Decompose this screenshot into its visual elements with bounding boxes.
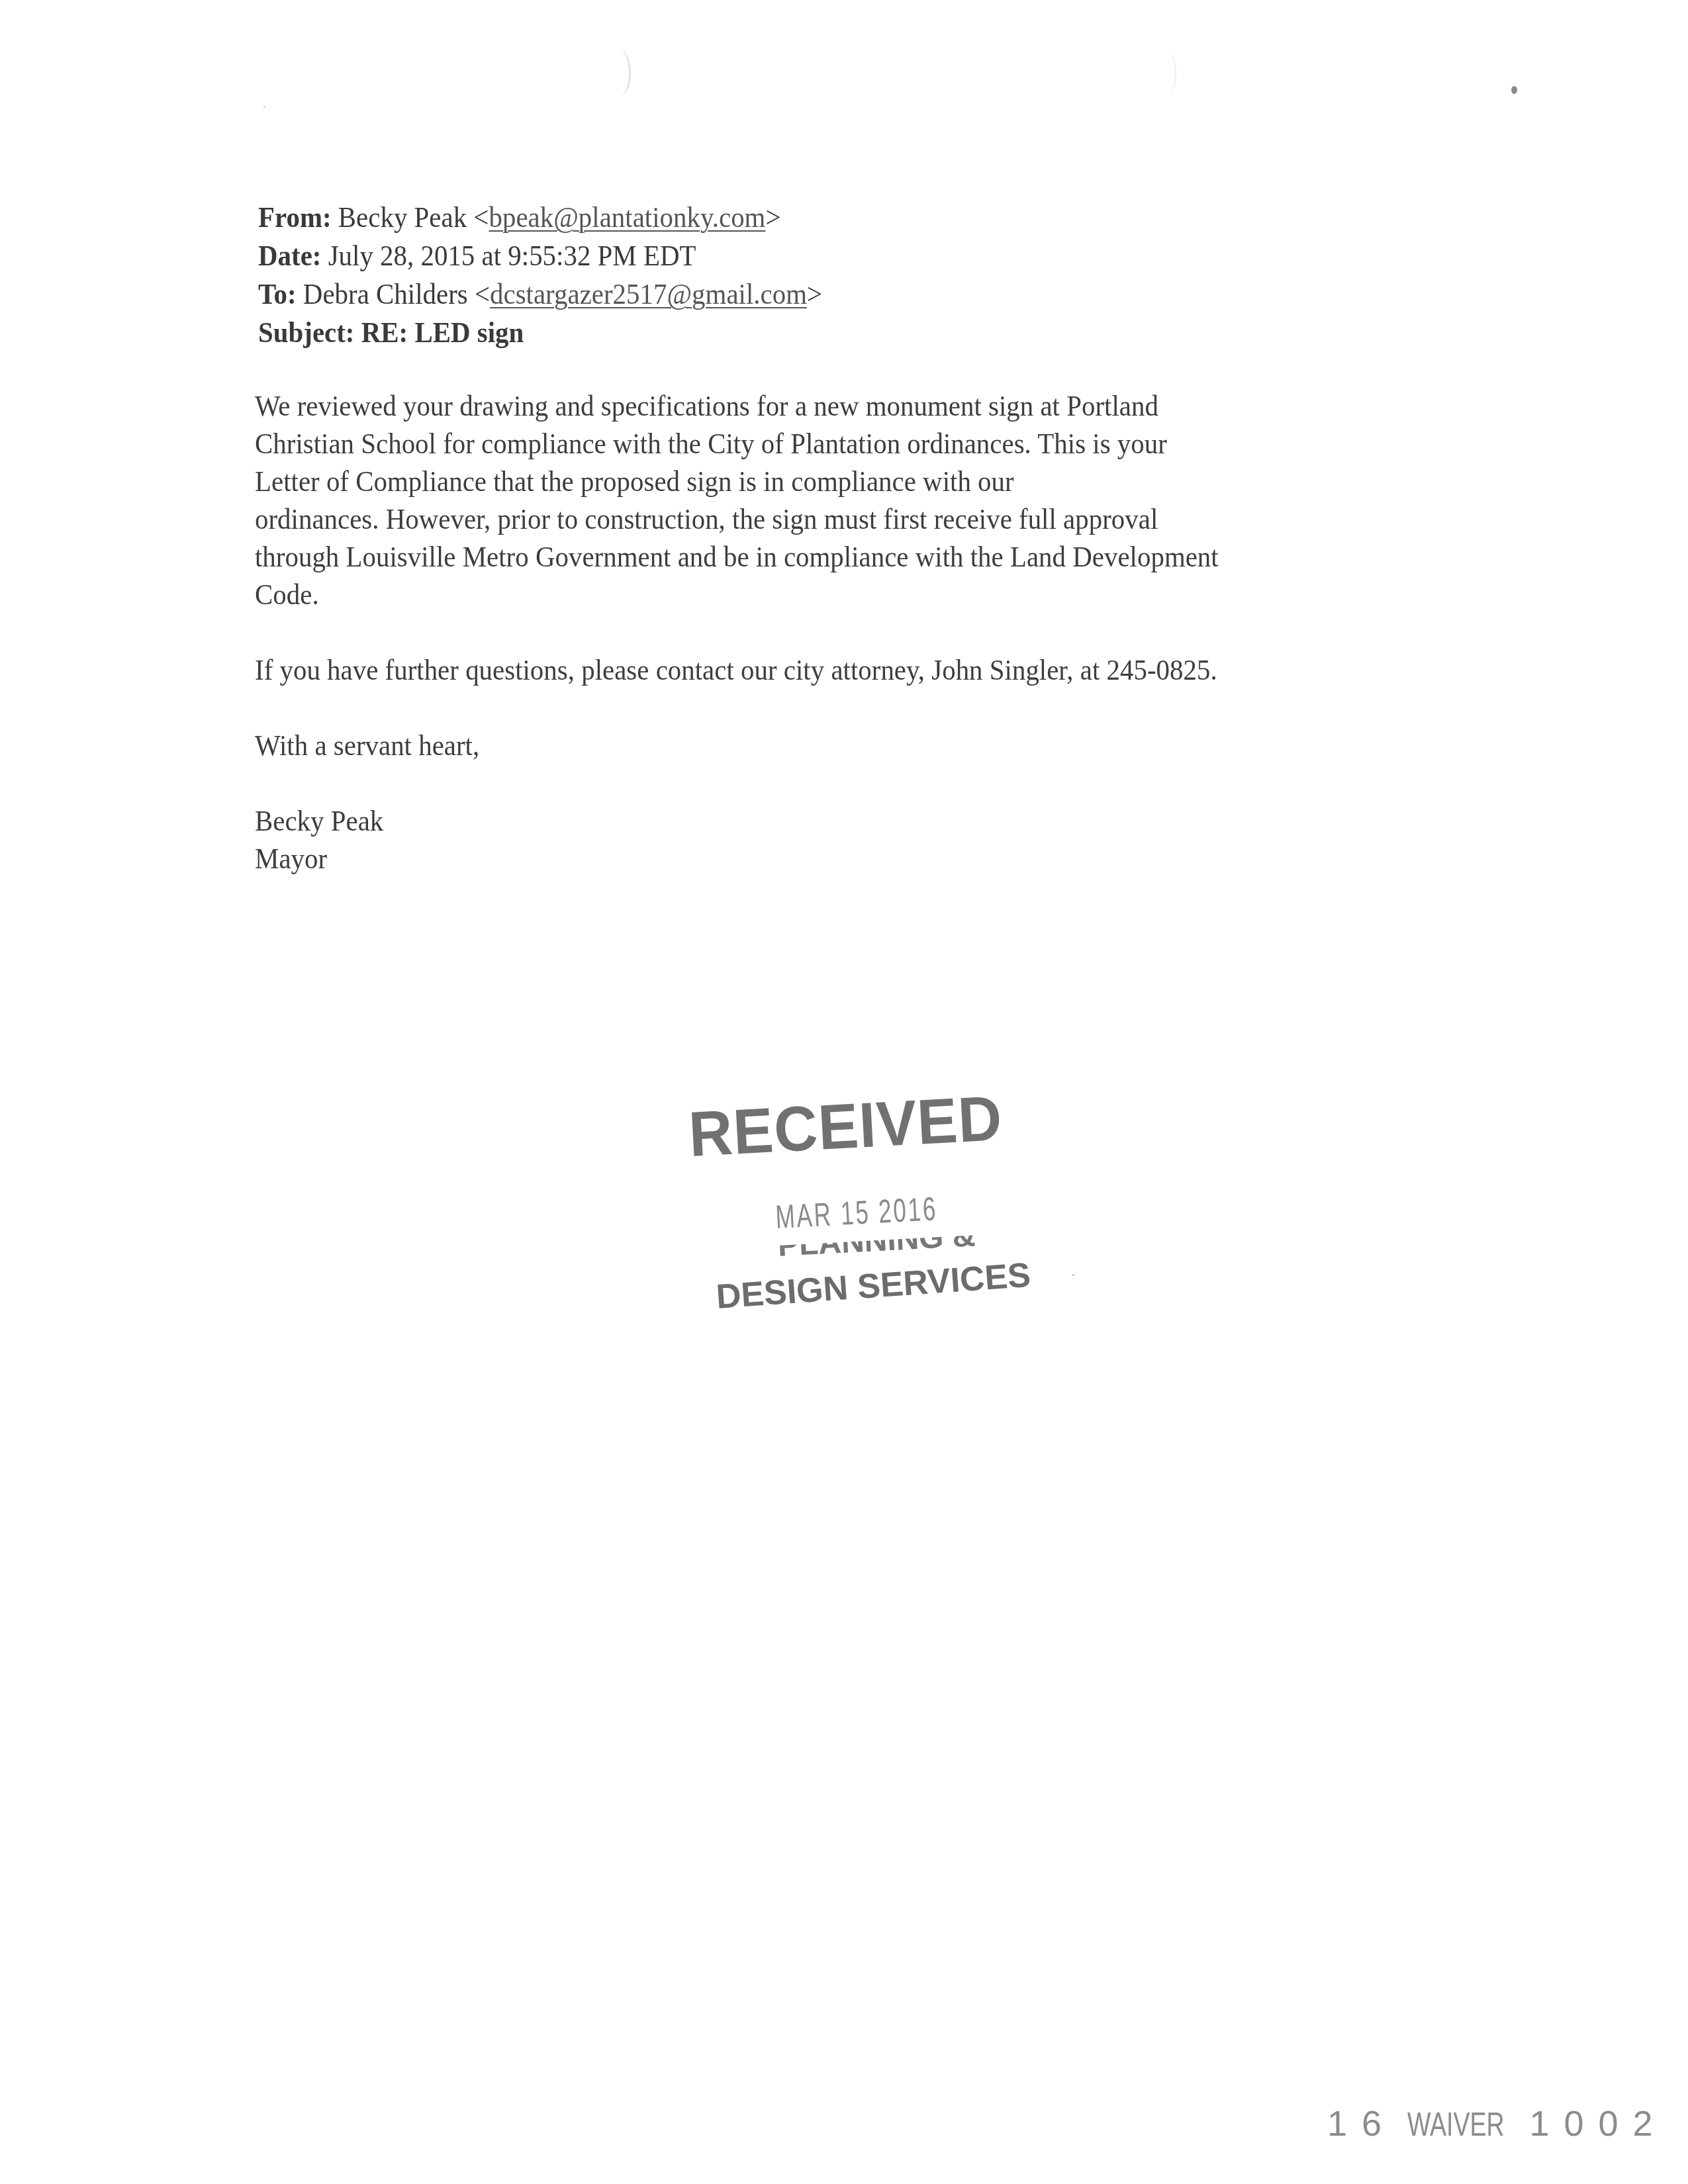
signature-block: Becky Peak Mayor — [255, 802, 1462, 878]
closing-line: With a servant heart, — [255, 727, 1462, 764]
stamp-status: RECEIVED — [687, 1082, 1004, 1171]
to-row: To: Debra Childers <dcstargazer2517@gmai… — [258, 275, 822, 314]
scan-speck — [263, 106, 265, 108]
scan-artifact — [1155, 50, 1176, 96]
to-email-link[interactable]: dcstargazer2517@gmail.com — [490, 278, 807, 310]
reference-prefix: 16 — [1327, 2104, 1396, 2144]
email-header: From: Becky Peak <bpeak@plantationky.com… — [258, 199, 822, 352]
document-page: From: Becky Peak <bpeak@plantationky.com… — [0, 0, 1688, 2184]
body-paragraph-contact: If you have further questions, please co… — [255, 651, 1462, 689]
from-label: From: — [258, 201, 332, 234]
stamp-date: MAR 15 2016 — [774, 1189, 939, 1236]
from-email-link[interactable]: bpeak@plantationky.com — [489, 201, 765, 234]
from-name: Becky Peak — [338, 201, 467, 234]
date-label: Date: — [258, 240, 321, 272]
subject-row: Subject: RE: LED sign — [258, 314, 822, 352]
from-email-open: < — [473, 201, 489, 234]
body-paragraph-compliance: We reviewed your drawing and specificati… — [255, 387, 1462, 614]
date-row: Date: July 28, 2015 at 9:55:32 PM EDT — [258, 237, 822, 275]
reference-number: 16 WAIVER 1002 — [1327, 2103, 1667, 2144]
scan-artifact — [609, 50, 631, 96]
email-body: We reviewed your drawing and specificati… — [255, 387, 1462, 878]
subject-label: Subject: — [258, 316, 354, 349]
stamp-department-line2: DESIGN SERVICES — [715, 1255, 1032, 1317]
to-name: Debra Childers — [303, 278, 468, 310]
reference-id: 1002 — [1530, 2104, 1667, 2144]
from-email-close: > — [765, 201, 780, 234]
scan-speck — [1511, 86, 1517, 94]
to-label: To: — [258, 278, 297, 310]
signature-name: Becky Peak — [255, 802, 1462, 840]
from-row: From: Becky Peak <bpeak@plantationky.com… — [258, 199, 822, 237]
to-email-close: > — [807, 278, 822, 310]
signature-title: Mayor — [255, 840, 1462, 878]
subject-value: RE: LED sign — [361, 316, 524, 349]
date-value: July 28, 2015 at 9:55:32 PM EDT — [328, 240, 696, 272]
stamp-department-line1-text: PLANNING & — [778, 1235, 976, 1256]
reference-type: WAIVER — [1407, 2105, 1505, 2144]
to-email-open: < — [475, 278, 490, 310]
received-stamp: RECEIVED MAR 15 2016 PLANNING & DESIGN S… — [682, 1072, 1079, 1337]
